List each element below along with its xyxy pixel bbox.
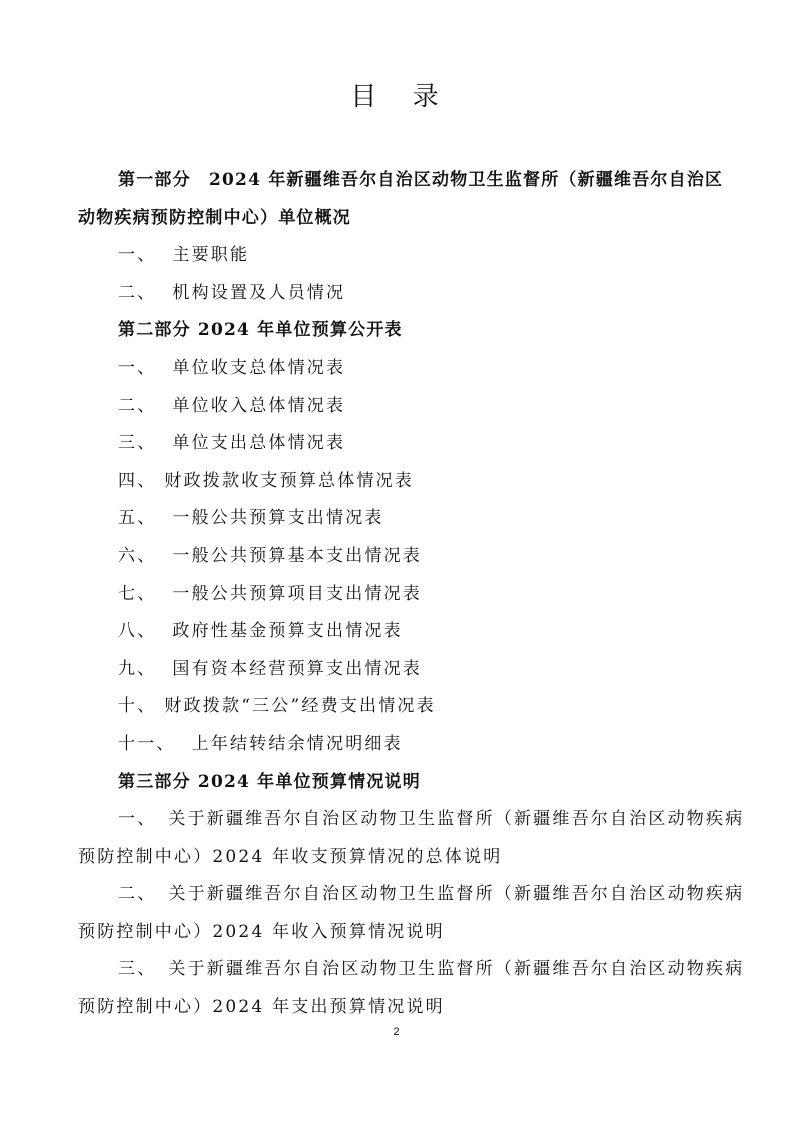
toc-item-label: 政府性基金预算支出情况表	[172, 621, 402, 641]
toc-item-label: 上年结转结余情况明细表	[192, 734, 403, 754]
toc-item[interactable]: 三、关于新疆维吾尔自治区动物卫生监督所（新疆维吾尔自治区动物疾病 预防控制中心）…	[78, 951, 718, 1026]
toc-item-label: 一般公共预算支出情况表	[172, 508, 383, 528]
toc-item-label: 单位收入总体情况表	[172, 396, 345, 416]
toc-item-number: 七、	[118, 576, 156, 614]
toc-part1-heading-line2: 动物疾病预防控制中心）单位概况	[78, 200, 718, 238]
toc-part1-heading[interactable]: 第一部分 2024 年新疆维吾尔自治区动物卫生监督所（新疆维吾尔自治区 动物疾病…	[78, 162, 718, 237]
toc-item-label-line2: 预防控制中心）2024 年支出预算情况说明	[78, 989, 718, 1027]
toc-item-number: 八、	[118, 613, 156, 651]
toc-item[interactable]: 七、一般公共预算项目支出情况表	[78, 576, 718, 614]
toc-item-number: 二、	[118, 275, 156, 313]
toc-item[interactable]: 一、单位收支总体情况表	[78, 350, 718, 388]
toc-item-number: 十、	[118, 688, 156, 726]
page-number: 2	[0, 1026, 793, 1038]
toc-item-label: 财政拨款收支预算总体情况表	[164, 471, 414, 491]
toc-item[interactable]: 二、关于新疆维吾尔自治区动物卫生监督所（新疆维吾尔自治区动物疾病 预防控制中心）…	[78, 876, 718, 951]
toc-item-number: 三、	[118, 959, 156, 979]
toc-item[interactable]: 八、政府性基金预算支出情况表	[78, 613, 718, 651]
toc-item-label: 主要职能	[172, 245, 249, 265]
toc-item-number: 十一、	[118, 726, 176, 764]
toc-item-number: 一、	[118, 350, 156, 388]
toc-item[interactable]: 九、国有资本经营预算支出情况表	[78, 651, 718, 689]
toc-item[interactable]: 六、一般公共预算基本支出情况表	[78, 538, 718, 576]
table-of-contents: 第一部分 2024 年新疆维吾尔自治区动物卫生监督所（新疆维吾尔自治区 动物疾病…	[78, 162, 718, 1027]
toc-item-label-line1: 关于新疆维吾尔自治区动物卫生监督所（新疆维吾尔自治区动物疾病	[168, 809, 744, 829]
toc-item[interactable]: 十一、上年结转结余情况明细表	[78, 726, 718, 764]
document-page: 目 录 第一部分 2024 年新疆维吾尔自治区动物卫生监督所（新疆维吾尔自治区 …	[0, 0, 793, 1122]
toc-item[interactable]: 十、财政拨款“三公”经费支出情况表	[78, 688, 718, 726]
toc-item-label-line2: 预防控制中心）2024 年收入预算情况说明	[78, 914, 718, 952]
toc-item-label: 国有资本经营预算支出情况表	[172, 659, 422, 679]
toc-item-label: 机构设置及人员情况	[172, 283, 345, 303]
toc-item-number: 一、	[118, 237, 156, 275]
toc-item[interactable]: 五、一般公共预算支出情况表	[78, 500, 718, 538]
toc-item-label: 一般公共预算项目支出情况表	[172, 584, 422, 604]
toc-item-number: 二、	[118, 884, 156, 904]
toc-part1-heading-line1: 第一部分 2024 年新疆维吾尔自治区动物卫生监督所（新疆维吾尔自治区	[78, 162, 718, 200]
toc-item-number: 六、	[118, 538, 156, 576]
toc-item[interactable]: 一、主要职能	[78, 237, 718, 275]
toc-part3-heading[interactable]: 第三部分 2024 年单位预算情况说明	[78, 764, 718, 802]
toc-item-number: 九、	[118, 651, 156, 689]
toc-item-number: 五、	[118, 500, 156, 538]
toc-item-label: 单位支出总体情况表	[172, 433, 345, 453]
toc-item[interactable]: 三、单位支出总体情况表	[78, 425, 718, 463]
toc-item-label: 单位收支总体情况表	[172, 358, 345, 378]
toc-item[interactable]: 二、单位收入总体情况表	[78, 388, 718, 426]
page-title: 目 录	[0, 80, 793, 114]
toc-item[interactable]: 四、财政拨款收支预算总体情况表	[78, 463, 718, 501]
toc-item-label: 一般公共预算基本支出情况表	[172, 546, 422, 566]
toc-item[interactable]: 一、关于新疆维吾尔自治区动物卫生监督所（新疆维吾尔自治区动物疾病 预防控制中心）…	[78, 801, 718, 876]
toc-item-label-line1: 关于新疆维吾尔自治区动物卫生监督所（新疆维吾尔自治区动物疾病	[168, 884, 744, 904]
toc-item-number: 一、	[118, 809, 156, 829]
toc-item[interactable]: 二、机构设置及人员情况	[78, 275, 718, 313]
toc-item-number: 二、	[118, 388, 156, 426]
toc-item-number: 四、	[118, 463, 156, 501]
toc-item-label-line1: 关于新疆维吾尔自治区动物卫生监督所（新疆维吾尔自治区动物疾病	[168, 959, 744, 979]
toc-item-number: 三、	[118, 425, 156, 463]
toc-item-label-line2: 预防控制中心）2024 年收支预算情况的总体说明	[78, 839, 718, 877]
toc-part2-heading[interactable]: 第二部分 2024 年单位预算公开表	[78, 312, 718, 350]
toc-item-label: 财政拨款“三公”经费支出情况表	[164, 696, 435, 716]
